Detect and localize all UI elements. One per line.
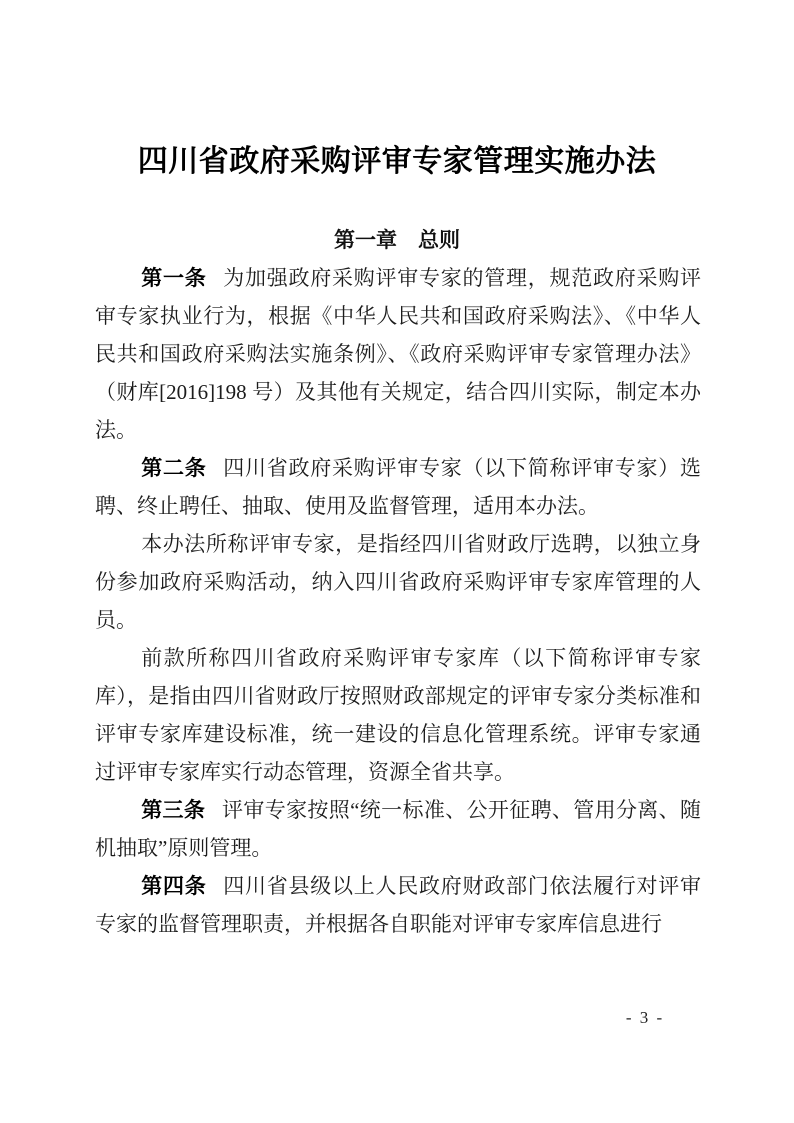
paragraph: 第四条四川省县级以上人民政府财政部门依法履行对评审专家的监督管理职责，并根据各自… bbox=[95, 867, 701, 943]
paragraph-text: 前款所称四川省政府采购评审专家库（以下简称评审专家库），是指由四川省财政厅按照财… bbox=[95, 646, 701, 784]
article-number: 第一条 bbox=[141, 266, 206, 290]
paragraph: 第二条四川省政府采购评审专家（以下简称评审专家）选聘、终止聘任、抽取、使用及监督… bbox=[95, 449, 701, 525]
chapter-heading: 第一章 总则 bbox=[0, 225, 794, 255]
paragraph-text: 为加强政府采购评审专家的管理，规范政府采购评审专家执业行为，根据《中华人民共和国… bbox=[95, 266, 701, 442]
paragraph: 前款所称四川省政府采购评审专家库（以下简称评审专家库），是指由四川省财政厅按照财… bbox=[95, 639, 701, 791]
document-body: 第一条为加强政府采购评审专家的管理，规范政府采购评审专家执业行为，根据《中华人民… bbox=[95, 259, 701, 943]
article-number: 第四条 bbox=[141, 874, 206, 898]
article-number: 第二条 bbox=[141, 456, 206, 480]
paragraph: 本办法所称评审专家，是指经四川省财政厅选聘，以独立身份参加政府采购活动，纳入四川… bbox=[95, 525, 701, 639]
document-title: 四川省政府采购评审专家管理实施办法 bbox=[0, 142, 794, 181]
paragraph: 第三条评审专家按照“统一标准、公开征聘、管用分离、随机抽取”原则管理。 bbox=[95, 791, 701, 867]
document-page: 四川省政府采购评审专家管理实施办法 第一章 总则 第一条为加强政府采购评审专家的… bbox=[0, 0, 794, 1123]
paragraph-text: 本办法所称评审专家，是指经四川省财政厅选聘，以独立身份参加政府采购活动，纳入四川… bbox=[95, 532, 701, 632]
paragraph: 第一条为加强政府采购评审专家的管理，规范政府采购评审专家执业行为，根据《中华人民… bbox=[95, 259, 701, 449]
article-number: 第三条 bbox=[141, 798, 205, 822]
page-number: - 3 - bbox=[595, 1008, 695, 1028]
